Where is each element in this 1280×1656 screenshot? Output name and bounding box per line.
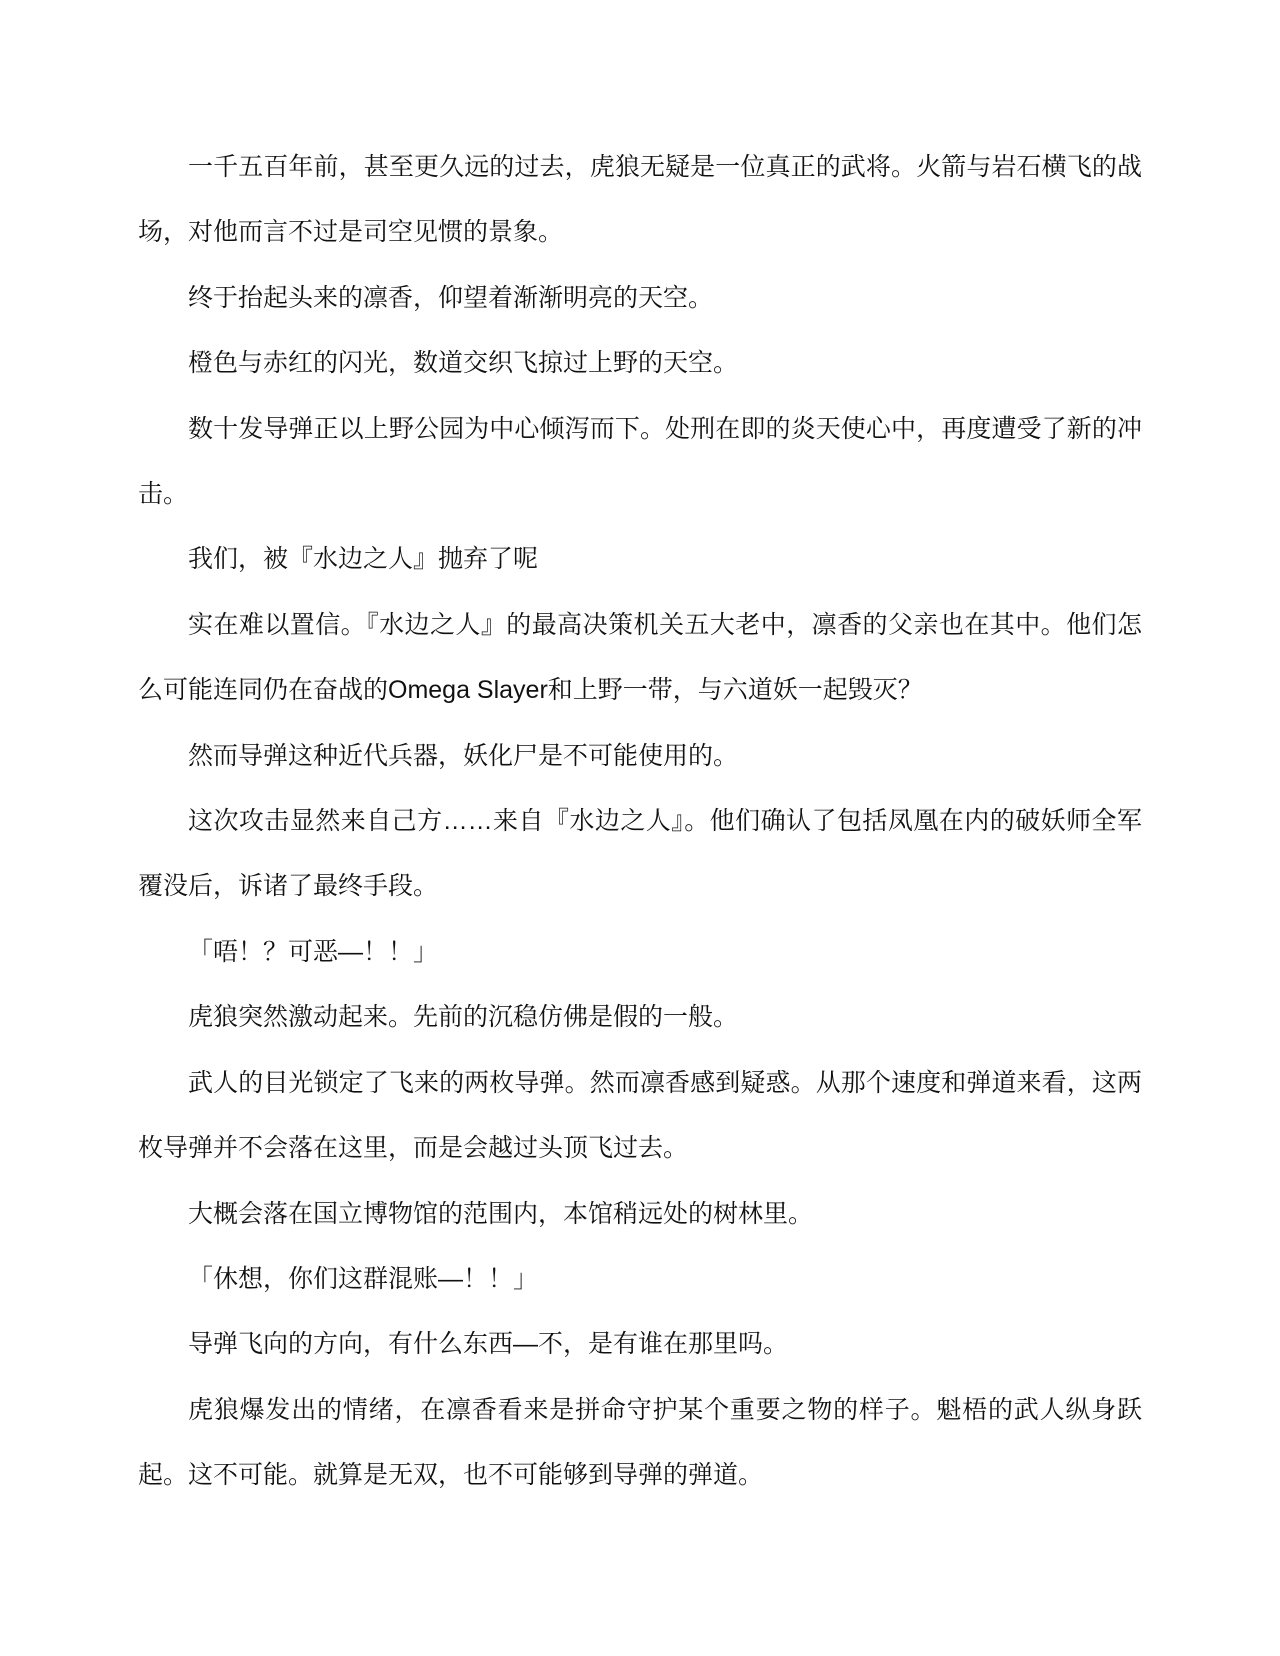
document-page: 一千五百年前，甚至更久远的过去，虎狼无疑是一位真正的武将。火箭与岩石横飞的战场，…	[0, 0, 1280, 1656]
paragraph: 数十发导弹正以上野公园为中心倾泻而下。处刑在即的炎天使心中，再度遭受了新的冲击。	[138, 397, 1142, 528]
paragraph: 实在难以置信。『水边之人』的最高决策机关五大老中，凛香的父亲也在其中。他们怎么可…	[138, 593, 1142, 724]
paragraph: 武人的目光锁定了飞来的两枚导弹。然而凛香感到疑惑。从那个速度和弹道来看，这两枚导…	[138, 1051, 1142, 1182]
paragraph: 然而导弹这种近代兵器，妖化尸是不可能使用的。	[138, 724, 1142, 789]
paragraph: 导弹飞向的方向，有什么东西—不，是有谁在那里吗。	[138, 1312, 1142, 1377]
novel-text-body: 一千五百年前，甚至更久远的过去，虎狼无疑是一位真正的武将。火箭与岩石横飞的战场，…	[138, 135, 1142, 1509]
paragraph: 我们，被『水边之人』抛弃了呢	[138, 527, 1142, 592]
paragraph: 虎狼爆发出的情绪，在凛香看来是拼命守护某个重要之物的样子。魁梧的武人纵身跃起。这…	[138, 1378, 1142, 1509]
paragraph: 虎狼突然激动起来。先前的沉稳仿佛是假的一般。	[138, 985, 1142, 1050]
paragraph: 橙色与赤红的闪光，数道交织飞掠过上野的天空。	[138, 331, 1142, 396]
paragraph: 一千五百年前，甚至更久远的过去，虎狼无疑是一位真正的武将。火箭与岩石横飞的战场，…	[138, 135, 1142, 266]
paragraph: 「休想，你们这群混账—！！」	[138, 1247, 1142, 1312]
paragraph: 大概会落在国立博物馆的范围内，本馆稍远处的树林里。	[138, 1182, 1142, 1247]
paragraph: 终于抬起头来的凛香，仰望着渐渐明亮的天空。	[138, 266, 1142, 331]
paragraph: 「唔！？可恶—！！」	[138, 920, 1142, 985]
paragraph: 这次攻击显然来自己方……来自『水边之人』。他们确认了包括凤凰在内的破妖师全军覆没…	[138, 789, 1142, 920]
